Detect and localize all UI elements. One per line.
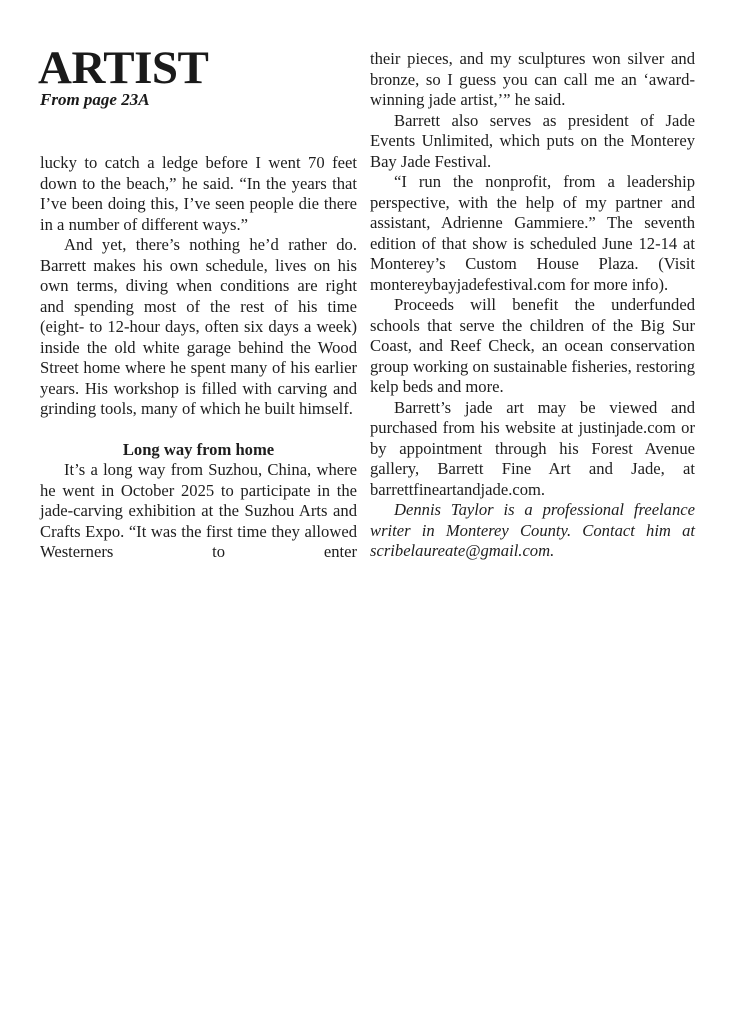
article-paragraph: “I run the nonprofit, from a leadership … bbox=[370, 172, 695, 295]
newspaper-page: ARTIST From page 23A lucky to catch a le… bbox=[0, 0, 751, 1024]
article-paragraph: It’s a long way from Suzhou, China, wher… bbox=[40, 460, 357, 563]
section-subhead: Long way from home bbox=[40, 440, 357, 461]
left-column: lucky to catch a ledge before I went 70 … bbox=[40, 153, 357, 563]
article-paragraph: their pieces, and my sculptures won silv… bbox=[370, 49, 695, 111]
author-bio: Dennis Taylor is a professional free­lan… bbox=[370, 500, 695, 562]
jump-line: From page 23A bbox=[40, 90, 150, 110]
jump-headline: ARTIST bbox=[38, 43, 208, 93]
article-paragraph: Barrett also serves as president of Jade… bbox=[370, 111, 695, 173]
article-paragraph: Barrett’s jade art may be viewed and pur… bbox=[370, 398, 695, 501]
article-paragraph: And yet, there’s nothing he’d rather do.… bbox=[40, 235, 357, 420]
right-column: their pieces, and my sculptures won silv… bbox=[370, 49, 695, 562]
article-paragraph: lucky to catch a ledge before I went 70 … bbox=[40, 153, 357, 235]
article-paragraph: Proceeds will benefit the underfunded sc… bbox=[370, 295, 695, 398]
